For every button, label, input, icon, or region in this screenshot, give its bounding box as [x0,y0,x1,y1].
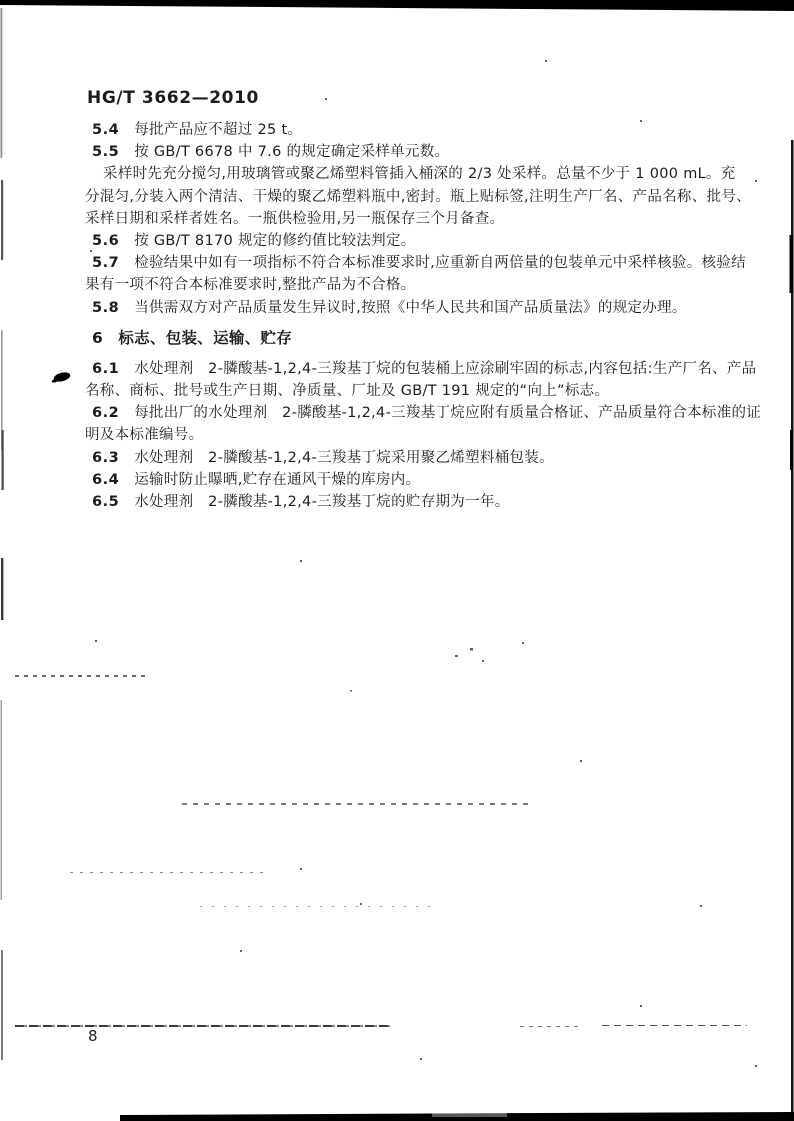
scan-artifact-line [182,803,532,805]
clause-number: 5.4 [92,122,119,138]
paragraph-line: 采样日期和采样者姓名。一瓶供检验用,另一瓶保存三个月备查。 [85,208,717,230]
clause-number: 6.1 [92,361,119,377]
scan-artifact-line [15,1025,390,1027]
clause-text: 水处理剂 2-膦酸基-1,2,4-三羧基丁烷采用聚乙烯塑料桶包装。 [134,450,554,466]
clause-text: 明及本标准编号。 [85,427,203,443]
clause-text: 检验结果中如有一项指标不符合本标准要求时,应重新自两倍量的包装单元中采样核验。核… [134,255,746,271]
paragraph-text: 分混匀,分装入两个清洁、干燥的聚乙烯塑料瓶中,密封。瓶上贴标签,注明生产厂名、产… [85,189,751,205]
clause-5-7: 5.7检验结果中如有一项指标不符合本标准要求时,应重新自两倍量的包装单元中采样核… [85,252,717,274]
scan-artifact-line [520,1026,582,1027]
paragraph-line: 分混匀,分装入两个清洁、干燥的聚乙烯塑料瓶中,密封。瓶上贴标签,注明生产厂名、产… [85,186,717,208]
clause-text: 按 GB/T 8170 规定的修约值比较法判定。 [134,233,415,249]
scan-artifact-line [15,675,145,677]
clause-6-1-continuation: 名称、商标、批号或生产日期、净质量、厂址及 GB/T 191 规定的“向上”标志… [85,380,717,402]
clause-6-3: 6.3水处理剂 2-膦酸基-1,2,4-三羧基丁烷采用聚乙烯塑料桶包装。 [85,447,717,469]
standard-number-header: HG/T 3662—2010 [85,86,717,110]
clause-text: 水处理剂 2-膦酸基-1,2,4-三羧基丁烷的包装桶上应涂刷牢固的标志,内容包括… [134,361,756,377]
clause-number: 5.7 [92,255,119,271]
clause-6-4: 6.4运输时防止曝晒,贮存在通风干燥的库房内。 [85,469,717,491]
clause-text: 水处理剂 2-膦酸基-1,2,4-三羧基丁烷的贮存期为一年。 [134,494,509,510]
scan-artifact-line [200,906,435,907]
page-number: 8 [88,1027,98,1045]
clause-number: 5.5 [92,144,119,160]
clause-5-8: 5.8当供需双方对产品质量发生异议时,按照《中华人民共和国产品质量法》的规定办理… [85,297,717,319]
clause-text: 运输时防止曝晒,贮存在通风干燥的库房内。 [134,472,420,488]
scanned-document-page: HG/T 3662—2010 5.4每批产品应不超过 25 t。 5.5按 GB… [0,0,794,1121]
clause-number: 6.4 [92,472,119,488]
section-6-heading: 6标志、包装、运输、贮存 [85,326,717,350]
clause-text: 按 GB/T 6678 中 7.6 的规定确定采样单元数。 [134,144,449,160]
clause-text: 每批出厂的水处理剂 2-膦酸基-1,2,4-三羧基丁烷应附有质量合格证、产品质量… [134,405,761,421]
paragraph-line: 采样时先充分搅匀,用玻璃管或聚乙烯塑料管插入桶深的 2/3 处采样。总量不少于 … [85,163,717,185]
document-text-block: HG/T 3662—2010 5.4每批产品应不超过 25 t。 5.5按 GB… [85,86,717,513]
section-number: 6 [92,329,103,347]
clause-text: 每批产品应不超过 25 t。 [134,122,302,138]
clause-6-2-continuation: 明及本标准编号。 [85,424,717,446]
clause-number: 6.2 [92,405,119,421]
clause-number: 5.8 [92,300,119,316]
clause-text: 果有一项不符合本标准要求时,整批产品为不合格。 [85,277,416,293]
scan-artifact-line [70,872,265,873]
clause-5-5: 5.5按 GB/T 6678 中 7.6 的规定确定采样单元数。 [85,141,717,163]
paragraph-text: 采样时先充分搅匀,用玻璃管或聚乙烯塑料管插入桶深的 2/3 处采样。总量不少于 … [103,166,736,182]
clause-6-5: 6.5水处理剂 2-膦酸基-1,2,4-三羧基丁烷的贮存期为一年。 [85,491,717,513]
ink-blob [50,371,71,384]
clause-5-7-continuation: 果有一项不符合本标准要求时,整批产品为不合格。 [85,274,717,296]
clause-6-1: 6.1水处理剂 2-膦酸基-1,2,4-三羧基丁烷的包装桶上应涂刷牢固的标志,内… [85,358,717,380]
clause-text: 名称、商标、批号或生产日期、净质量、厂址及 GB/T 191 规定的“向上”标志… [85,383,609,399]
clause-5-6: 5.6按 GB/T 8170 规定的修约值比较法判定。 [85,230,717,252]
clause-5-4: 5.4每批产品应不超过 25 t。 [85,119,717,141]
clause-number: 5.6 [92,233,119,249]
clause-text: 当供需双方对产品质量发生异议时,按照《中华人民共和国产品质量法》的规定办理。 [134,300,687,316]
clause-6-2: 6.2每批出厂的水处理剂 2-膦酸基-1,2,4-三羧基丁烷应附有质量合格证、产… [85,402,717,424]
clause-number: 6.5 [92,494,119,510]
paragraph-text: 采样日期和采样者姓名。一瓶供检验用,另一瓶保存三个月备查。 [85,211,504,227]
clause-number: 6.3 [92,450,119,466]
scan-artifact-line [602,1025,747,1026]
section-title: 标志、包装、运输、贮存 [118,329,292,347]
